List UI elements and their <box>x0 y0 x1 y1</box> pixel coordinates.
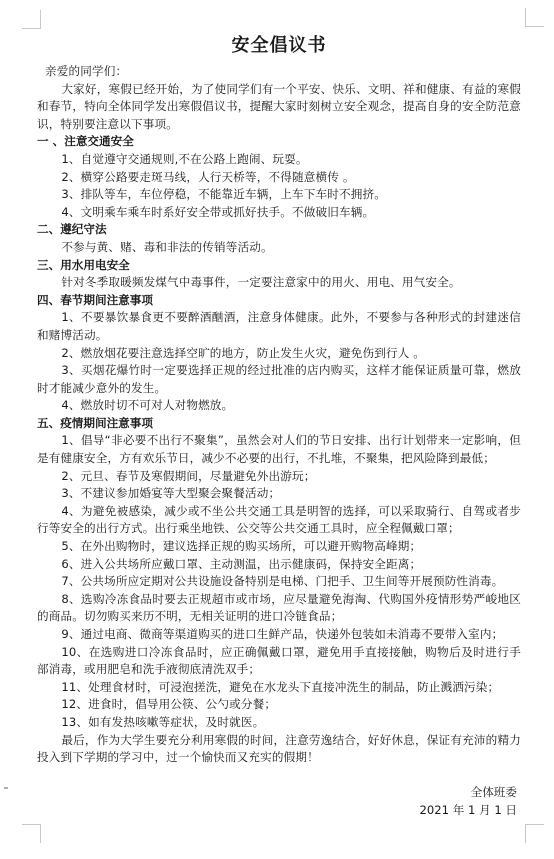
list-item: 2、横穿公路要走斑马线，人行天桥等，不得随意横传 。 <box>37 169 521 187</box>
section-heading-water-electric-safety: 三、用水用电安全 <box>37 257 521 275</box>
page-corner-mark-top-left <box>22 10 41 29</box>
list-item: 11、处理食材时，可浸泡搓洗，避免在水龙头下直接冲洗生的制品，防止溅洒污染； <box>37 679 521 697</box>
section-heading-law-abiding: 二、遵纪守法 <box>37 221 521 239</box>
blank-line <box>37 767 521 785</box>
section-heading-spring-festival: 四、春节期间注意事项 <box>37 292 521 310</box>
paragraph-marker-icon <box>4 787 8 789</box>
page-corner-mark-bottom-left <box>22 824 41 843</box>
signature: 全体班委 <box>37 784 521 802</box>
list-item: 1、不要暴饮暴食更不要醉酒酗酒，注意身体健康。此外，不要参与各种形式的封建迷信和… <box>37 309 521 344</box>
section-heading-traffic-safety: 一 、注意交通安全 <box>37 133 521 151</box>
list-item: 4、为避免被感染，减少或不坐公共交通工具是明智的选择，可以采取骑行、自驾或者步行… <box>37 503 521 538</box>
list-item: 3、排队等车，车位停稳，不能靠近车辆，上车下车时不拥挤。 <box>37 186 521 204</box>
document-title: 安全倡议书 <box>37 33 521 59</box>
date: 2021 年 1 月 1 日 <box>37 802 521 820</box>
list-item: 3、不建议参加婚宴等大型聚会聚餐活动； <box>37 485 521 503</box>
list-item: 5、在外出购物时，建议选择正规的购买场所，可以避开购物高峰期； <box>37 538 521 556</box>
list-item: 8、选购冷冻食品时要去正规超市或市场，应尽量避免海淘、代购国外疫情形势严峻地区的… <box>37 591 521 626</box>
list-item: 4、文明乘车乘车时系好安全带或抓好扶手。不做破旧车辆。 <box>37 204 521 222</box>
list-item: 6、进入公共场所应戴口罩、主动测温，出示健康码，保持安全距离； <box>37 556 521 574</box>
list-item: 2、燃放烟花要注意选择空旷的地方，防止发生火灾，避免伤到行人 。 <box>37 345 521 363</box>
list-item: 3、买烟花爆竹时一定要选择正规的经过批准的店内购买，这样才能保证质量可靠，燃放时… <box>37 362 521 397</box>
closing-paragraph: 最后，作为大学生要充分利用寒假的时间，注意劳逸结合，好好休息，保证有充沛的精力投… <box>37 732 521 767</box>
document-page: 安全倡议书 亲爱的同学们： 大家好，寒假已经开始，为了使同学们有一个平安、快乐、… <box>37 33 521 820</box>
list-item: 12、进食时，倡导用公筷、公勺或分餐； <box>37 696 521 714</box>
list-item: 4、燃放时切不可对人对物燃放。 <box>37 397 521 415</box>
greeting: 亲爱的同学们： <box>37 63 521 81</box>
intro-paragraph: 大家好，寒假已经开始，为了使同学们有一个平安、快乐、文明、祥和健康、有益的寒假和… <box>37 81 521 134</box>
page-corner-mark-top-right <box>525 8 544 27</box>
list-item: 针对冬季取暖频发煤气中毒事件，一定要注意家中的用火、用电、用气安全。 <box>37 274 521 292</box>
list-item: 不参与黄、赌、毒和非法的传销等活动。 <box>37 239 521 257</box>
page-corner-mark-bottom-right <box>525 824 544 843</box>
list-item: 1、倡导“非必要不出行不聚集”，虽然会对人们的节日安排、出行计划带来一定影响，但… <box>37 432 521 467</box>
list-item: 1、自觉遵守交通规则,不在公路上跑闹、玩耍。 <box>37 151 521 169</box>
list-item: 13、如有发热咳嗽等症状，及时就医。 <box>37 714 521 732</box>
list-item: 2、元旦、春节及寒假期间，尽量避免外出游玩； <box>37 468 521 486</box>
list-item: 9、通过电商、微商等渠道购买的进口生鲜产品，快递外包装如未消毒不要带入室内； <box>37 626 521 644</box>
list-item: 7、公共场所应定期对公共设施设备特别是电梯、门把手、卫生间等开展预防性消毒。 <box>37 573 521 591</box>
list-item: 10、在选购进口冷冻食品时，应正确佩戴口罩，避免用手直接接触，购物后及时进行手部… <box>37 644 521 679</box>
section-heading-epidemic: 五、疫情期间注意事项 <box>37 415 521 433</box>
